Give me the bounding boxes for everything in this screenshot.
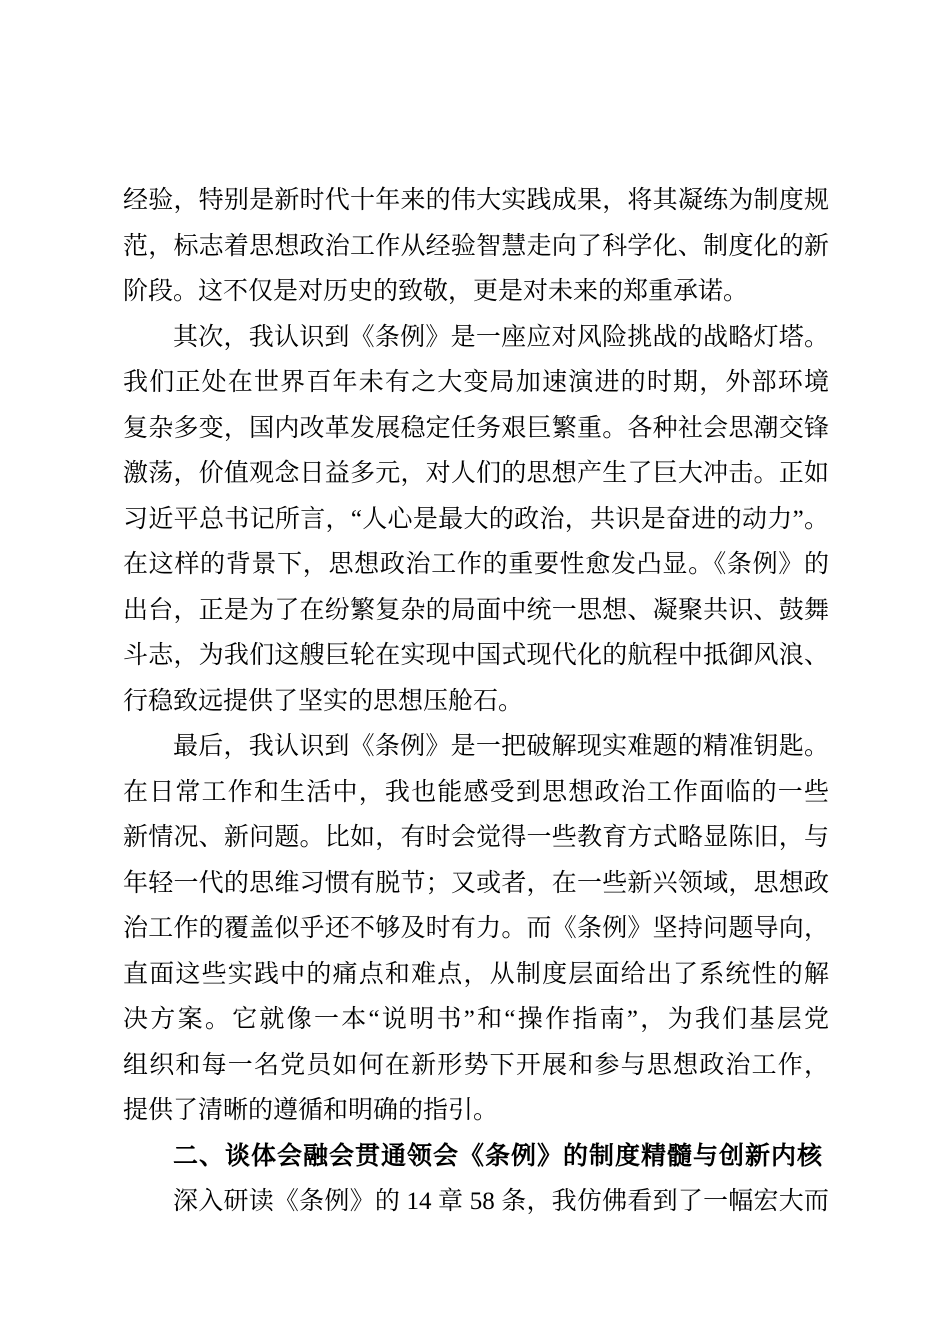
text-line: 直面这些实践中的痛点和难点，从制度层面给出了系统性的解 [123, 952, 829, 998]
text-line: 出台，正是为了在纷繁复杂的局面中统一思想、凝聚共识、鼓舞 [123, 588, 829, 634]
text-line: 最后，我认识到《条例》是一把破解现实难题的精准钥匙。 [123, 724, 829, 770]
text-line: 新情况、新问题。比如，有时会觉得一些教育方式略显陈旧，与 [123, 815, 829, 861]
text-line: 深入研读《条例》的 14 章 58 条，我仿佛看到了一幅宏大而 [123, 1179, 829, 1225]
text-line: 我们正处在世界百年未有之大变局加速演进的时期，外部环境 [123, 360, 829, 406]
text-line: 行稳致远提供了坚实的思想压舱石。 [123, 679, 829, 725]
document-page: 经验，特别是新时代十年来的伟大实践成果，将其凝练为制度规范，标志着思想政治工作从… [0, 0, 950, 1344]
text-line: 阶段。这不仅是对历史的致敬，更是对未来的郑重承诺。 [123, 269, 829, 315]
text-line: 年轻一代的思维习惯有脱节；又或者，在一些新兴领域，思想政 [123, 861, 829, 907]
text-line: 决方案。它就像一本“说明书”和“操作指南”，为我们基层党 [123, 997, 829, 1043]
text-line: 在日常工作和生活中，我也能感受到思想政治工作面临的一些 [123, 770, 829, 816]
text-line: 复杂多变，国内改革发展稳定任务艰巨繁重。各种社会思潮交锋 [123, 406, 829, 452]
text-line: 习近平总书记所言，“人心是最大的政治，共识是奋进的动力”。 [123, 497, 829, 543]
text-line: 范，标志着思想政治工作从经验智慧走向了科学化、制度化的新 [123, 224, 829, 270]
section-heading: 二、谈体会融会贯通领会《条例》的制度精髓与创新内核 [123, 1134, 829, 1180]
document-text: 经验，特别是新时代十年来的伟大实践成果，将其凝练为制度规范，标志着思想政治工作从… [123, 178, 829, 1225]
text-line: 组织和每一名党员如何在新形势下开展和参与思想政治工作， [123, 1043, 829, 1089]
text-line: 提供了清晰的遵循和明确的指引。 [123, 1088, 829, 1134]
text-line: 在这样的背景下，思想政治工作的重要性愈发凸显。《条例》的 [123, 542, 829, 588]
text-line: 斗志，为我们这艘巨轮在实现中国式现代化的航程中抵御风浪、 [123, 633, 829, 679]
text-line: 经验，特别是新时代十年来的伟大实践成果，将其凝练为制度规 [123, 178, 829, 224]
text-line: 其次，我认识到《条例》是一座应对风险挑战的战略灯塔。 [123, 315, 829, 361]
text-line: 激荡，价值观念日益多元，对人们的思想产生了巨大冲击。正如 [123, 451, 829, 497]
text-line: 治工作的覆盖似乎还不够及时有力。而《条例》坚持问题导向， [123, 906, 829, 952]
